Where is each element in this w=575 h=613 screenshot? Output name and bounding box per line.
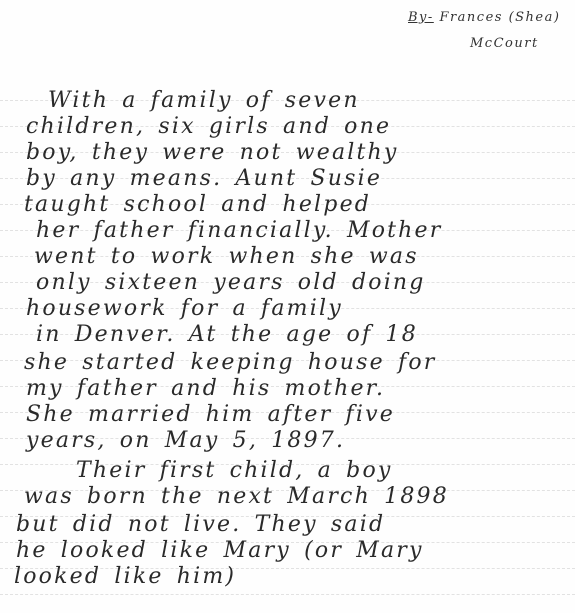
text-line: my father and his mother. xyxy=(26,376,385,401)
text-line: she started keeping house for xyxy=(24,350,437,375)
text-line: went to work when she was xyxy=(34,244,419,269)
text-line: boy, they were not wealthy xyxy=(26,140,399,165)
text-line: children, six girls and one xyxy=(26,114,391,139)
text-line: looked like him) xyxy=(14,564,236,589)
text-line: taught school and helped xyxy=(24,192,371,217)
text-line: only sixteen years old doing xyxy=(36,270,426,295)
text-line: her father financially. Mother xyxy=(36,218,443,243)
author-surname: McCourt xyxy=(470,36,539,51)
text-line: by any means. Aunt Susie xyxy=(26,166,382,191)
text-line: With a family of seven xyxy=(48,88,360,113)
text-line: but did not live. They said xyxy=(16,512,385,537)
text-line: in Denver. At the age of 18 xyxy=(36,322,418,347)
text-line: She married him after five xyxy=(26,402,395,427)
by-label: By- xyxy=(408,10,434,25)
text-line: he looked like Mary (or Mary xyxy=(16,538,424,563)
author-name: Frances (Shea) xyxy=(439,10,560,25)
handwritten-page: By- Frances (Shea) McCourt With a family… xyxy=(0,0,575,613)
author-byline: By- Frances (Shea) xyxy=(408,10,560,25)
text-line: Their first child, a boy xyxy=(76,458,393,483)
text-line: was born the next March 1898 xyxy=(24,484,449,509)
ruled-line xyxy=(0,594,575,595)
text-line: years, on May 5, 1897. xyxy=(26,428,345,453)
text-line: housework for a family xyxy=(26,296,343,321)
